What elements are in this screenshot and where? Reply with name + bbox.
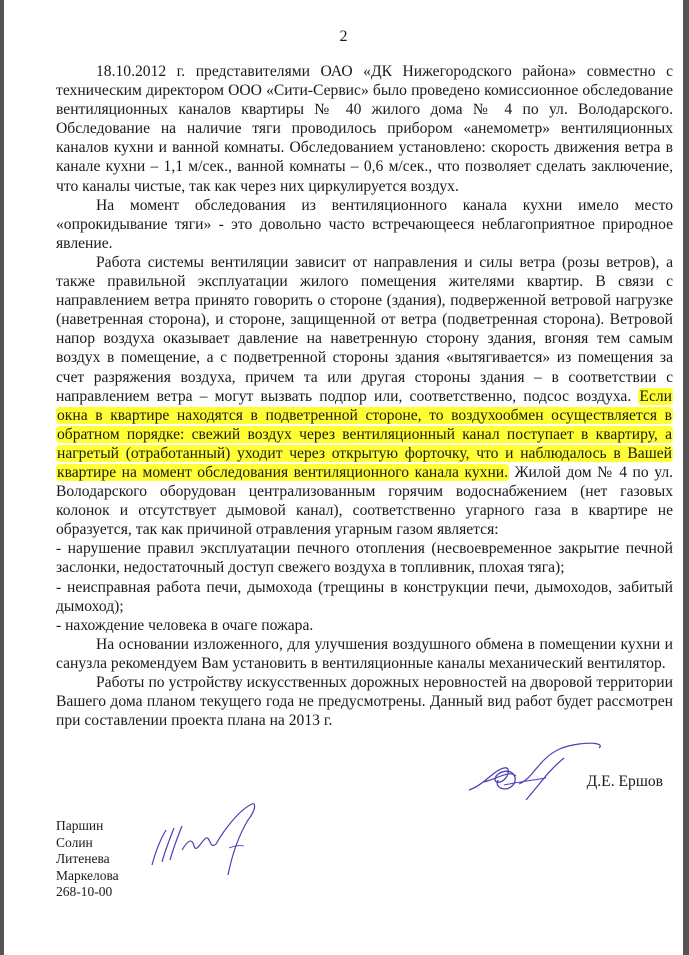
document-page: 2 18.10.2012 г. представителями ОАО «ДК … bbox=[4, 0, 683, 955]
list-item: - нахождение человека в очаге пожара. bbox=[56, 616, 673, 635]
list-item: - нарушение правил эксплуатации печного … bbox=[56, 539, 673, 577]
text-segment: - нарушение правил эксплуатации печного … bbox=[56, 540, 673, 576]
executor-name: Маркелова bbox=[56, 868, 119, 885]
paragraph: На основании изложенного, для улучшения … bbox=[56, 635, 673, 673]
text-segment: - нахождение человека в очаге пожара. bbox=[56, 617, 313, 634]
executor-phone: 268-10-00 bbox=[56, 884, 119, 901]
executor-name: Паршин bbox=[56, 818, 119, 835]
executor-name: Литенева bbox=[56, 851, 119, 868]
paragraph: На момент обследования из вентиляционног… bbox=[56, 196, 673, 253]
list-item: - неисправная работа печи, дымохода (тре… bbox=[56, 578, 673, 616]
paragraph: Работа системы вентиляции зависит от нап… bbox=[56, 253, 673, 539]
executors-list: Паршин Солин Литенева Маркелова 268-10-0… bbox=[56, 818, 119, 901]
text-segment: Работы по устройству искусственных дорож… bbox=[56, 674, 673, 729]
text-segment: На момент обследования из вентиляционног… bbox=[56, 197, 673, 252]
text-segment: 18.10.2012 г. представителями ОАО «ДК Ни… bbox=[56, 63, 673, 195]
paragraph: 18.10.2012 г. представителями ОАО «ДК Ни… bbox=[56, 62, 673, 196]
executor-name: Солин bbox=[56, 835, 119, 852]
page-number: 2 bbox=[4, 28, 683, 46]
text-segment: На основании изложенного, для улучшения … bbox=[56, 636, 673, 672]
executor-signature-icon bbox=[144, 800, 274, 880]
signature-block: Д.Е. Ершов bbox=[4, 740, 683, 810]
text-segment: Работа системы вентиляции зависит от нап… bbox=[56, 254, 673, 405]
letter-body: 18.10.2012 г. представителями ОАО «ДК Ни… bbox=[56, 62, 673, 730]
paragraph: Работы по устройству искусственных дорож… bbox=[56, 673, 673, 730]
text-segment: - неисправная работа печи, дымохода (тре… bbox=[56, 579, 673, 615]
signer-name: Д.Е. Ершов bbox=[587, 773, 663, 791]
